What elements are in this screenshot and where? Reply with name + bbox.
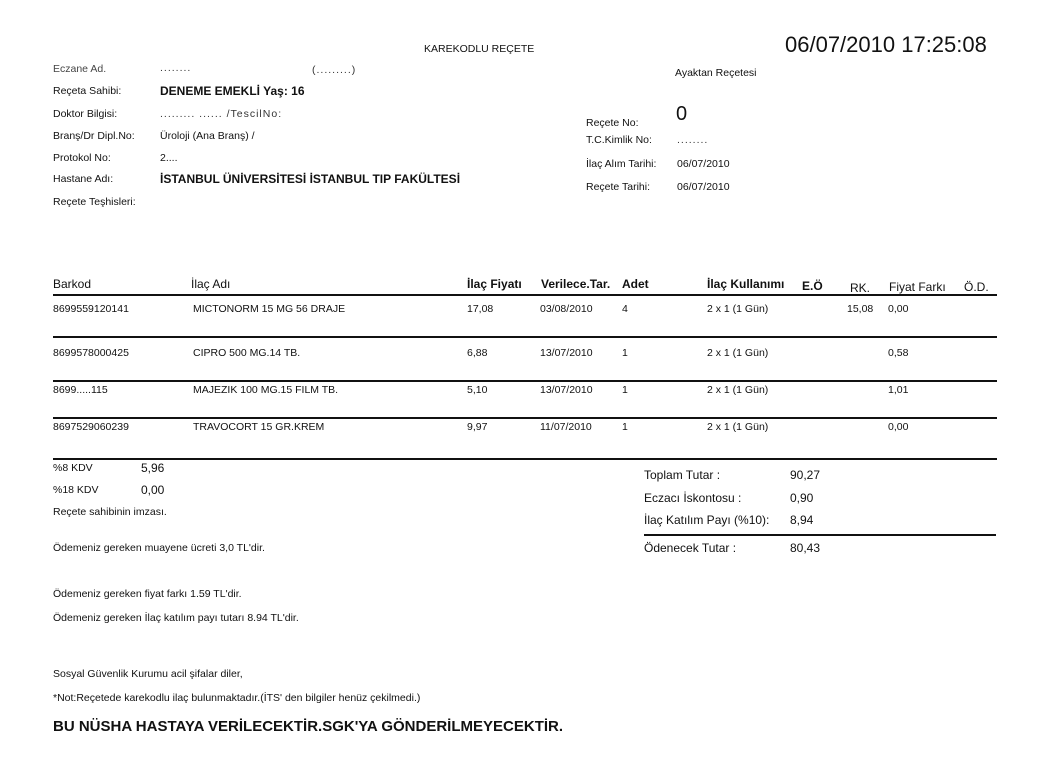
- cell-barkod: 8699.....115: [53, 384, 108, 396]
- its-note: *Not:Reçetede karekodlu ilaç bulunmaktad…: [53, 692, 420, 704]
- cell-adet: 4: [622, 303, 628, 315]
- doctor-label: Doktor Bilgisi:: [53, 108, 117, 120]
- cell-ilac-adi: CIPRO 500 MG.14 TB.: [193, 347, 300, 359]
- cell-verilecek-tarih: 11/07/2010: [540, 421, 592, 433]
- cell-ilac-adi: MICTONORM 15 MG 56 DRAJE: [193, 303, 345, 315]
- print-timestamp: 06/07/2010 17:25:08: [785, 32, 987, 58]
- col-od: Ö.D.: [964, 280, 989, 294]
- kdv18-value: 0,00: [141, 483, 164, 497]
- exam-fee-note: Ödemeniz gereken muayene ücreti 3,0 TL'd…: [53, 542, 265, 554]
- cell-ilac-kullanimi: 2 x 1 (1 Gün): [707, 303, 768, 315]
- cell-fiyat-farki: 0,00: [888, 421, 908, 433]
- payable-value: 80,43: [790, 541, 820, 555]
- cell-ilac-kullanimi: 2 x 1 (1 Gün): [707, 384, 768, 396]
- cell-ilac-fiyati: 9,97: [467, 421, 487, 433]
- prescription-no-label: Reçete No:: [586, 117, 639, 129]
- cell-barkod: 8697529060239: [53, 421, 129, 433]
- owner-label: Reçeta Sahibi:: [53, 85, 121, 97]
- protocol-label: Protokol No:: [53, 152, 111, 164]
- cell-ilac-kullanimi: 2 x 1 (1 Gün): [707, 421, 768, 433]
- prescription-date-value: 06/07/2010: [677, 181, 730, 193]
- col-rk: RK.: [850, 281, 870, 295]
- table-bottom-divider: [53, 458, 997, 460]
- cell-adet: 1: [622, 384, 628, 396]
- row-divider: [53, 417, 997, 419]
- pharmacy-value: ........: [160, 62, 191, 74]
- row-divider: [53, 336, 997, 338]
- purchase-date-value: 06/07/2010: [677, 158, 730, 170]
- cell-fiyat-farki: 1,01: [888, 384, 908, 396]
- kdv8-label: %8 KDV: [53, 462, 93, 474]
- col-eo: E.Ö: [802, 279, 823, 293]
- kdv18-label: %18 KDV: [53, 484, 99, 496]
- document-title: KAREKODLU REÇETE: [424, 43, 534, 55]
- cell-ilac-adi: TRAVOCORT 15 GR.KREM: [193, 421, 324, 433]
- tc-label: T.C.Kimlik No:: [586, 134, 652, 146]
- cell-ilac-adi: MAJEZIK 100 MG.15 FILM TB.: [193, 384, 338, 396]
- purchase-date-label: İlaç Alım Tarihi:: [586, 158, 656, 170]
- col-fiyat-farki: Fiyat Farkı: [889, 280, 946, 294]
- signature-label: Reçete sahibinin imzası.: [53, 506, 167, 518]
- protocol-value: 2....: [160, 152, 178, 164]
- pharmacist-discount-label: Eczacı İskontosu :: [644, 491, 741, 505]
- cell-verilecek-tarih: 13/07/2010: [540, 384, 593, 396]
- branch-value: Üroloji (Ana Branş) /: [160, 130, 255, 142]
- col-ilac-adi: İlaç Adı: [191, 277, 230, 291]
- sgk-wish: Sosyal Güvenlik Kurumu acil şifalar dile…: [53, 668, 243, 680]
- cell-barkod: 8699559120141: [53, 303, 129, 315]
- pharmacist-discount-value: 0,90: [790, 491, 813, 505]
- cell-adet: 1: [622, 421, 628, 433]
- total-amount-label: Toplam Tutar :: [644, 468, 720, 482]
- cell-ilac-fiyati: 17,08: [467, 303, 493, 315]
- cell-adet: 1: [622, 347, 628, 359]
- footer-warning: BU NÜSHA HASTAYA VERİLECEKTİR.SGK'YA GÖN…: [53, 718, 563, 735]
- cell-ilac-fiyati: 6,88: [467, 347, 487, 359]
- copay-value: 8,94: [790, 513, 813, 527]
- pharmacy-label: Eczane Ad.: [53, 63, 106, 75]
- owner-value: DENEME EMEKLİ Yaş: 16: [160, 84, 305, 98]
- cell-verilecek-tarih: 13/07/2010: [540, 347, 593, 359]
- header-divider: [53, 294, 997, 296]
- total-amount-value: 90,27: [790, 468, 820, 482]
- pharmacy-extra: (.........): [312, 64, 356, 76]
- tc-value: ........: [677, 134, 708, 146]
- branch-label: Branş/Dr Dipl.No:: [53, 130, 135, 142]
- col-adet: Adet: [622, 277, 649, 291]
- price-diff-note: Ödemeniz gereken fiyat farkı 1.59 TL'dir…: [53, 588, 242, 600]
- diagnosis-label: Reçete Teşhisleri:: [53, 196, 136, 208]
- copay-note: Ödemeniz gereken İlaç katılım payı tutar…: [53, 612, 299, 624]
- copay-label: İlaç Katılım Payı (%10):: [644, 513, 769, 527]
- totals-divider: [644, 534, 996, 536]
- payable-label: Ödenecek Tutar :: [644, 541, 736, 555]
- row-divider: [53, 380, 997, 382]
- hospital-value: İSTANBUL ÜNİVERSİTESİ İSTANBUL TIP FAKÜL…: [160, 172, 460, 186]
- prescription-date-label: Reçete Tarihi:: [586, 181, 650, 193]
- col-ilac-kullanimi: İlaç Kullanımı: [707, 277, 784, 291]
- cell-ilac-fiyati: 5,10: [467, 384, 487, 396]
- cell-rk: 15,08: [847, 303, 873, 315]
- cell-fiyat-farki: 0,00: [888, 303, 908, 315]
- cell-verilecek-tarih: 03/08/2010: [540, 303, 593, 315]
- col-ilac-fiyati: İlaç Fiyatı: [467, 277, 522, 291]
- cell-barkod: 8699578000425: [53, 347, 129, 359]
- col-barkod: Barkod: [53, 277, 91, 291]
- col-verilecek-tarih: Verilece.Tar.: [541, 277, 610, 291]
- doctor-value: ......... ...... /TescilNo:: [160, 108, 282, 120]
- kdv8-value: 5,96: [141, 461, 164, 475]
- hospital-label: Hastane Adı:: [53, 173, 113, 185]
- cell-ilac-kullanimi: 2 x 1 (1 Gün): [707, 347, 768, 359]
- prescription-no-value: 0: [676, 103, 687, 126]
- prescription-type: Ayaktan Reçetesi: [675, 67, 757, 79]
- cell-fiyat-farki: 0,58: [888, 347, 908, 359]
